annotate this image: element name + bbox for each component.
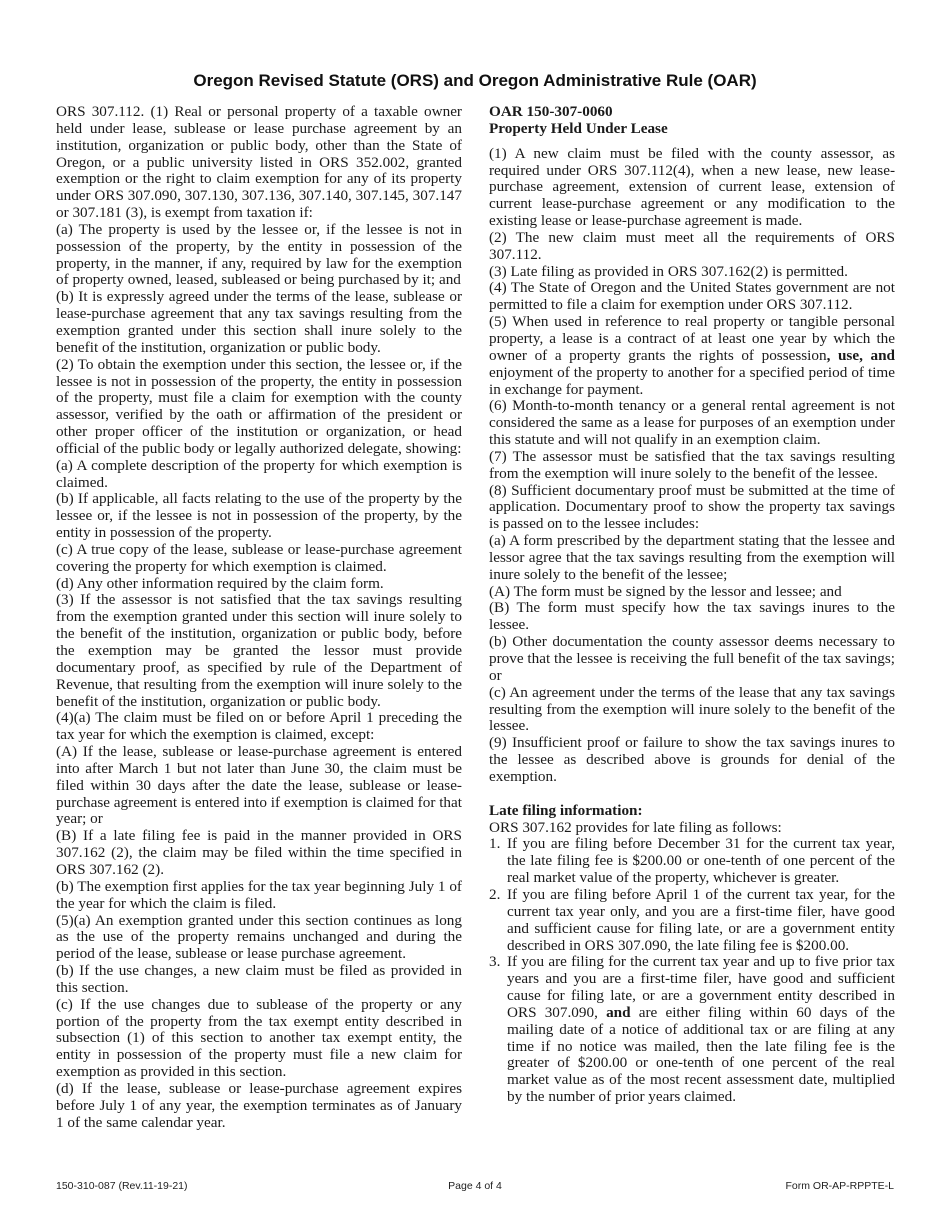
oar-rule-column: OAR 150-307-0060 Property Held Under Lea… (489, 104, 895, 1106)
list-item-text: If you are filing before April 1 of the … (507, 886, 895, 954)
footer-form-name: Form OR-AP-RPPTE-L (785, 1180, 894, 1192)
oar-paragraph: (2) The new claim must meet all the requ… (489, 230, 895, 264)
oar-paragraph: (B) The form must specify how the tax sa… (489, 600, 895, 634)
oar-paragraph: (c) An agreement under the terms of the … (489, 685, 895, 736)
oar-paragraph: (1) A new claim must be filed with the c… (489, 146, 895, 230)
late-filing-heading: Late filing information: (489, 803, 895, 820)
ors-paragraph: (3) If the assessor is not satisfied tha… (56, 592, 462, 710)
ors-paragraph: (d) Any other information required by th… (56, 576, 462, 593)
text-run: enjoyment of the property to another for… (489, 364, 895, 398)
ors-paragraph: (b) If the use changes, a new claim must… (56, 963, 462, 997)
bold-text-run: , use, and (827, 347, 895, 364)
ors-paragraph: (5)(a) An exemption granted under this s… (56, 913, 462, 964)
oar-paragraph: (a) A form prescribed by the department … (489, 533, 895, 584)
late-filing-item: 3. If you are filing for the current tax… (489, 954, 895, 1106)
list-item-text: If you are filing before December 31 for… (507, 835, 895, 886)
oar-paragraph: (9) Insufficient proof or failure to sho… (489, 735, 895, 786)
list-number: 1. (489, 836, 500, 853)
ors-paragraph: (a) A complete description of the proper… (56, 458, 462, 492)
ors-paragraph: (d) If the lease, sublease or lease-purc… (56, 1081, 462, 1132)
ors-paragraph: (2) To obtain the exemption under this s… (56, 357, 462, 458)
oar-paragraph: (6) Month-to-month tenancy or a general … (489, 398, 895, 449)
list-item-text: If you are filing for the current tax ye… (507, 953, 895, 1105)
ors-paragraph: (A) If the lease, sublease or lease-purc… (56, 744, 462, 828)
rule-title: Property Held Under Lease (489, 121, 895, 138)
spacer (489, 786, 895, 803)
oar-paragraph: (4) The State of Oregon and the United S… (489, 280, 895, 314)
oar-paragraph: (8) Sufficient documentary proof must be… (489, 483, 895, 534)
list-number: 3. (489, 954, 500, 971)
ors-paragraph: (b) The exemption first applies for the … (56, 879, 462, 913)
ors-paragraph: (B) If a late filing fee is paid in the … (56, 828, 462, 879)
ors-statute-column: ORS 307.112. (1) Real or personal proper… (56, 104, 462, 1131)
oar-paragraph-lease-definition: (5) When used in reference to real prope… (489, 314, 895, 398)
oar-paragraph: (7) The assessor must be satisfied that … (489, 449, 895, 483)
ors-paragraph: (b) If applicable, all facts relating to… (56, 491, 462, 542)
bold-text-run: and (606, 1004, 631, 1021)
ors-paragraph: ORS 307.112. (1) Real or personal proper… (56, 104, 462, 222)
oar-paragraph: (b) Other documentation the county asses… (489, 634, 895, 685)
ors-paragraph: (c) A true copy of the lease, sublease o… (56, 542, 462, 576)
late-filing-item: 2. If you are filing before April 1 of t… (489, 887, 895, 954)
ors-paragraph: (4)(a) The claim must be filed on or bef… (56, 710, 462, 744)
late-filing-list: 1. If you are filing before December 31 … (489, 836, 895, 1106)
late-filing-intro: ORS 307.162 provides for late filing as … (489, 820, 895, 837)
ors-paragraph: (c) If the use changes due to sublease o… (56, 997, 462, 1081)
late-filing-item: 1. If you are filing before December 31 … (489, 836, 895, 887)
oar-paragraph: (3) Late filing as provided in ORS 307.1… (489, 264, 895, 281)
list-number: 2. (489, 887, 500, 904)
oar-paragraph: (A) The form must be signed by the lesso… (489, 584, 895, 601)
page-title: Oregon Revised Statute (ORS) and Oregon … (0, 71, 950, 91)
ors-paragraph: (b) It is expressly agreed under the ter… (56, 289, 462, 356)
ors-paragraph: (a) The property is used by the lessee o… (56, 222, 462, 289)
rule-number: OAR 150-307-0060 (489, 104, 895, 121)
